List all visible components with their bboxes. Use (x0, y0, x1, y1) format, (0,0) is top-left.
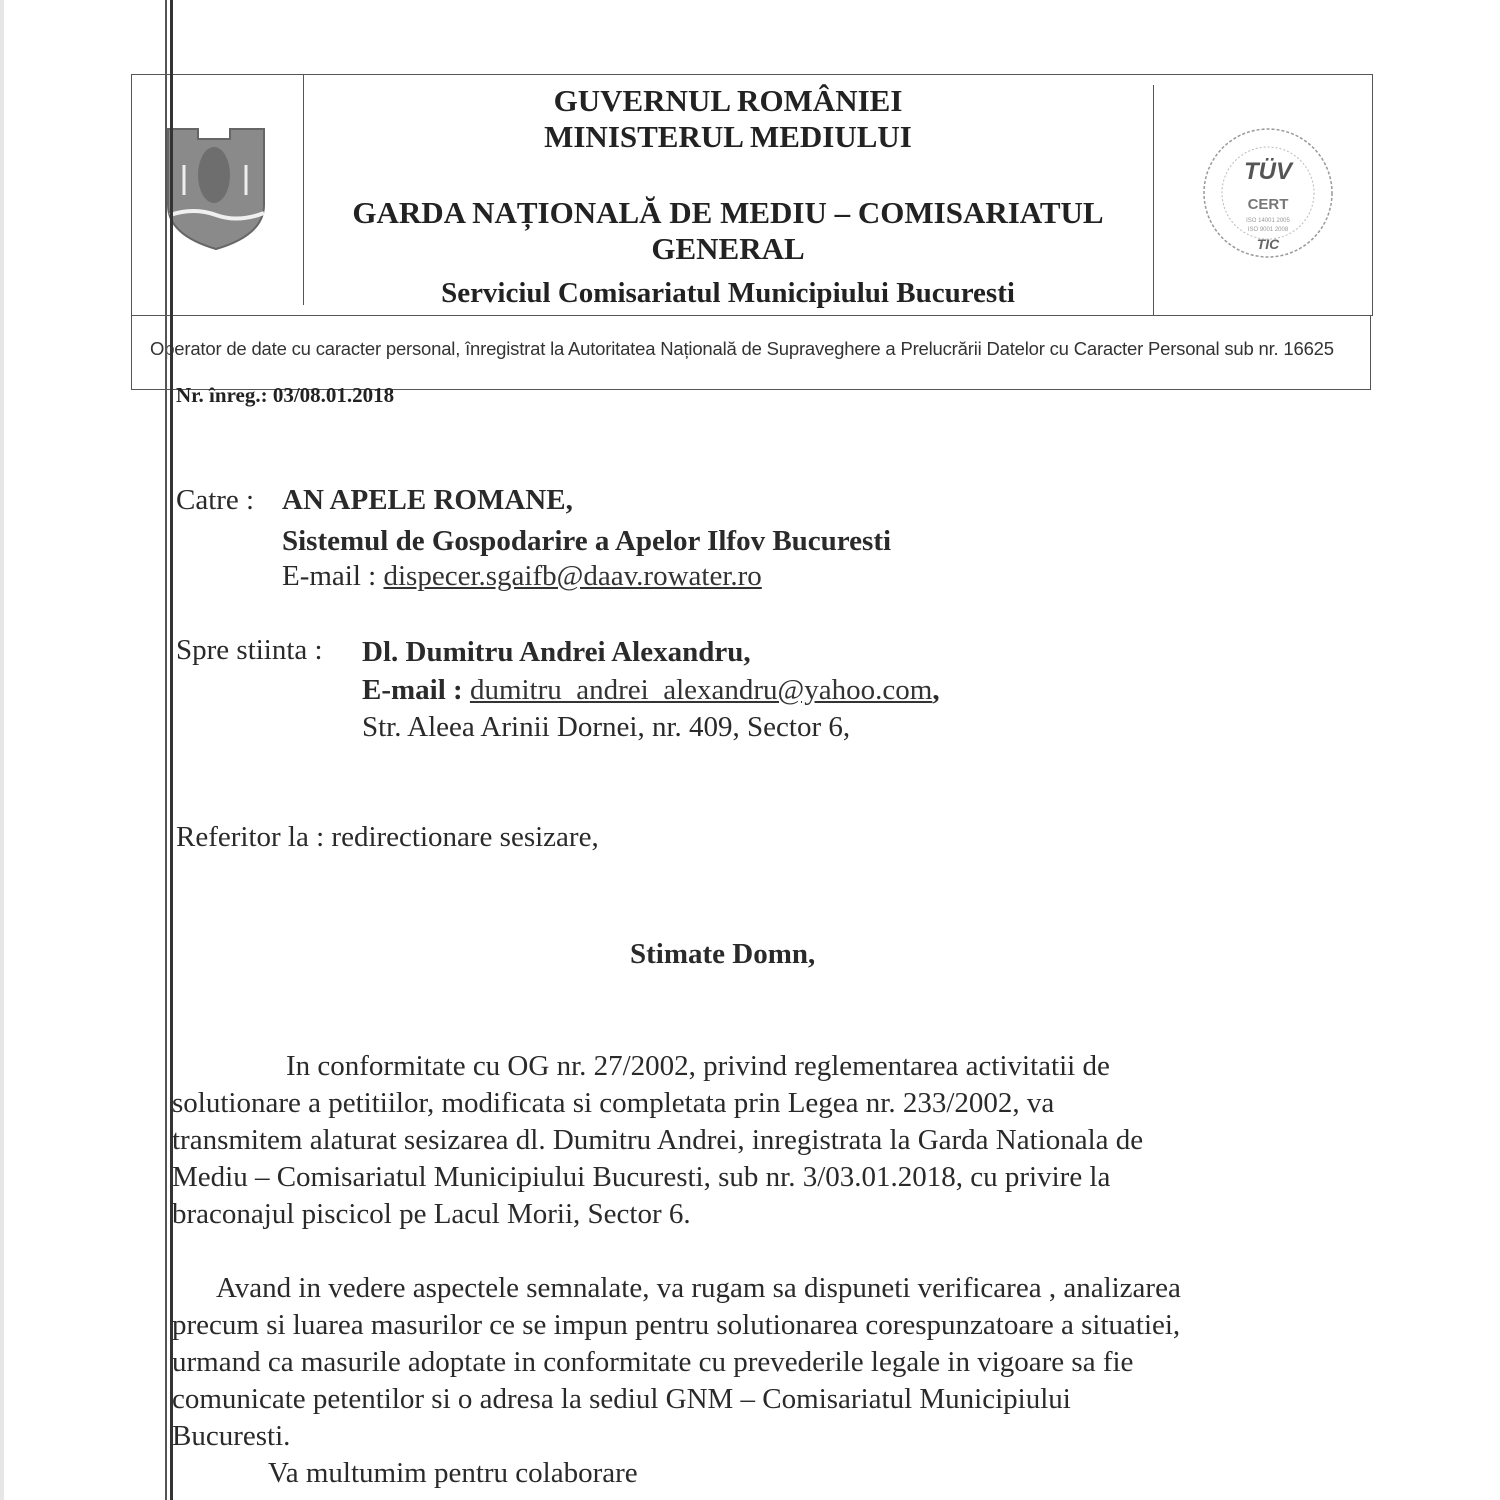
tuv-certification-seal-icon: TÜV CERT ISO 14001 2005 ISO 9001 2008 TI… (1198, 123, 1338, 263)
subject-row: Referitor la : redirectionare sesizare, (176, 821, 599, 854)
subject-text: redirectionare sesizare, (331, 821, 598, 853)
body-line: Mediu – Comisariatul Municipiului Bucure… (172, 1159, 1143, 1196)
body-line: Avand in vedere aspectele semnalate, va … (172, 1270, 1181, 1307)
cc-email-link[interactable]: dumitru_andrei_alexandru@yahoo.com (470, 674, 932, 706)
recipient-email-row: E-mail : dispecer.sgaifb@daav.rowater.ro (282, 560, 762, 593)
government-title: GUVERNUL ROMÂNIEI (303, 83, 1153, 119)
cc-email-label: E-mail : (362, 674, 463, 706)
svg-text:ISO 14001 2005: ISO 14001 2005 (1246, 218, 1290, 224)
body-paragraph-2: Avand in vedere aspectele semnalate, va … (172, 1270, 1181, 1492)
recipient-label: Catre : (176, 484, 254, 517)
cc-address: Str. Aleea Arinii Dornei, nr. 409, Secto… (362, 711, 850, 744)
coat-of-arms-icon (164, 125, 274, 255)
cc-label: Spre stiinta : (176, 634, 323, 667)
operator-notice: Operator de date cu caracter personal, î… (150, 338, 1334, 360)
body-line: urmand ca masurile adoptate in conformit… (172, 1344, 1181, 1381)
subject-label: Referitor la : (176, 821, 324, 853)
body-line: comunicate petentilor si o adresa la sed… (172, 1381, 1181, 1418)
agency-title-cont: GENERAL (303, 231, 1153, 267)
body-line: Bucuresti. (172, 1418, 1181, 1455)
logo-cell (132, 75, 304, 305)
cc-email-suffix: , (932, 674, 939, 706)
cc-name: Dl. Dumitru Andrei Alexandru, (362, 636, 751, 669)
body-line: braconajul piscicol pe Lacul Morii, Sect… (172, 1196, 1143, 1233)
recipient-email-link[interactable]: dispecer.sgaifb@daav.rowater.ro (383, 560, 761, 592)
body-line: precum si luarea masurilor ce se impun p… (172, 1307, 1181, 1344)
body-line: solutionare a petitiilor, modificata si … (172, 1085, 1143, 1122)
svg-text:TIC: TIC (1257, 236, 1280, 252)
letterhead: GUVERNUL ROMÂNIEI MINISTERUL MEDIULUI GA… (131, 74, 1373, 316)
svg-text:TÜV: TÜV (1244, 158, 1294, 185)
body-paragraph-1: In conformitate cu OG nr. 27/2002, privi… (172, 1048, 1143, 1233)
body-line: In conformitate cu OG nr. 27/2002, privi… (172, 1048, 1143, 1085)
operator-notice-box: Operator de date cu caracter personal, î… (131, 316, 1371, 390)
ministry-title: MINISTERUL MEDIULUI (303, 119, 1153, 155)
recipient-dept: Sistemul de Gospodarire a Apelor Ilfov B… (282, 525, 891, 558)
recipient-org: AN APELE ROMANE, (282, 484, 573, 517)
certification-cell: TÜV CERT ISO 14001 2005 ISO 9001 2008 TI… (1153, 85, 1374, 315)
service-title: Serviciul Comisariatul Municipiului Bucu… (303, 275, 1153, 311)
cc-email-row: E-mail : dumitru_andrei_alexandru@yahoo.… (362, 674, 940, 707)
svg-text:ISO 9001 2008: ISO 9001 2008 (1248, 227, 1289, 233)
recipient-email-label: E-mail : (282, 560, 376, 592)
closing-line: Va multumim pentru colaborare (172, 1455, 1181, 1492)
scan-edge (0, 0, 4, 1500)
salutation: Stimate Domn, (630, 938, 815, 971)
letterhead-title: GUVERNUL ROMÂNIEI MINISTERUL MEDIULUI GA… (303, 75, 1153, 315)
svg-text:CERT: CERT (1248, 196, 1289, 213)
agency-title: GARDA NAȚIONALĂ DE MEDIU – COMISARIATUL (303, 195, 1153, 231)
scan-line (165, 0, 167, 1500)
registration-number: Nr. înreg.: 03/08.01.2018 (176, 383, 394, 408)
body-line: transmitem alaturat sesizarea dl. Dumitr… (172, 1122, 1143, 1159)
